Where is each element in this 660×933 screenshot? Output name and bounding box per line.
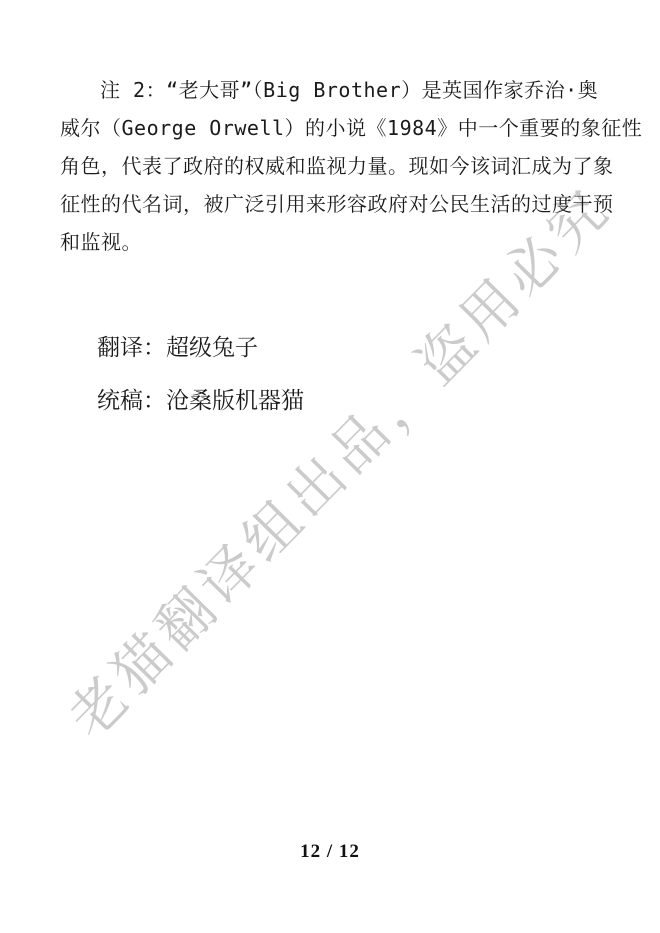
note-line: 注 2：“老大哥”（Big Brother）是英国作家乔治·奥 [60,71,608,109]
note-line: 征性的代名词，被广泛引用来形容政府对公民生活的过度干预 [60,185,608,223]
credit-translator: 翻译：超级兔子 [97,329,258,362]
document-page: 老猫翻译组出品，盗用必究 注 2：“老大哥”（Big Brother）是英国作家… [0,0,660,933]
note-line: 角色，代表了政府的权威和监视力量。现如今该词汇成为了象 [60,147,608,185]
note-paragraph: 注 2：“老大哥”（Big Brother）是英国作家乔治·奥 威尔（Georg… [60,71,608,261]
credit-editor: 统稿：沧桑版机器猫 [97,382,304,415]
note-line: 威尔（George Orwell）的小说《1984》中一个重要的象征性 [60,109,608,147]
note-line: 和监视。 [60,223,608,261]
page-number: 12 / 12 [0,841,660,863]
